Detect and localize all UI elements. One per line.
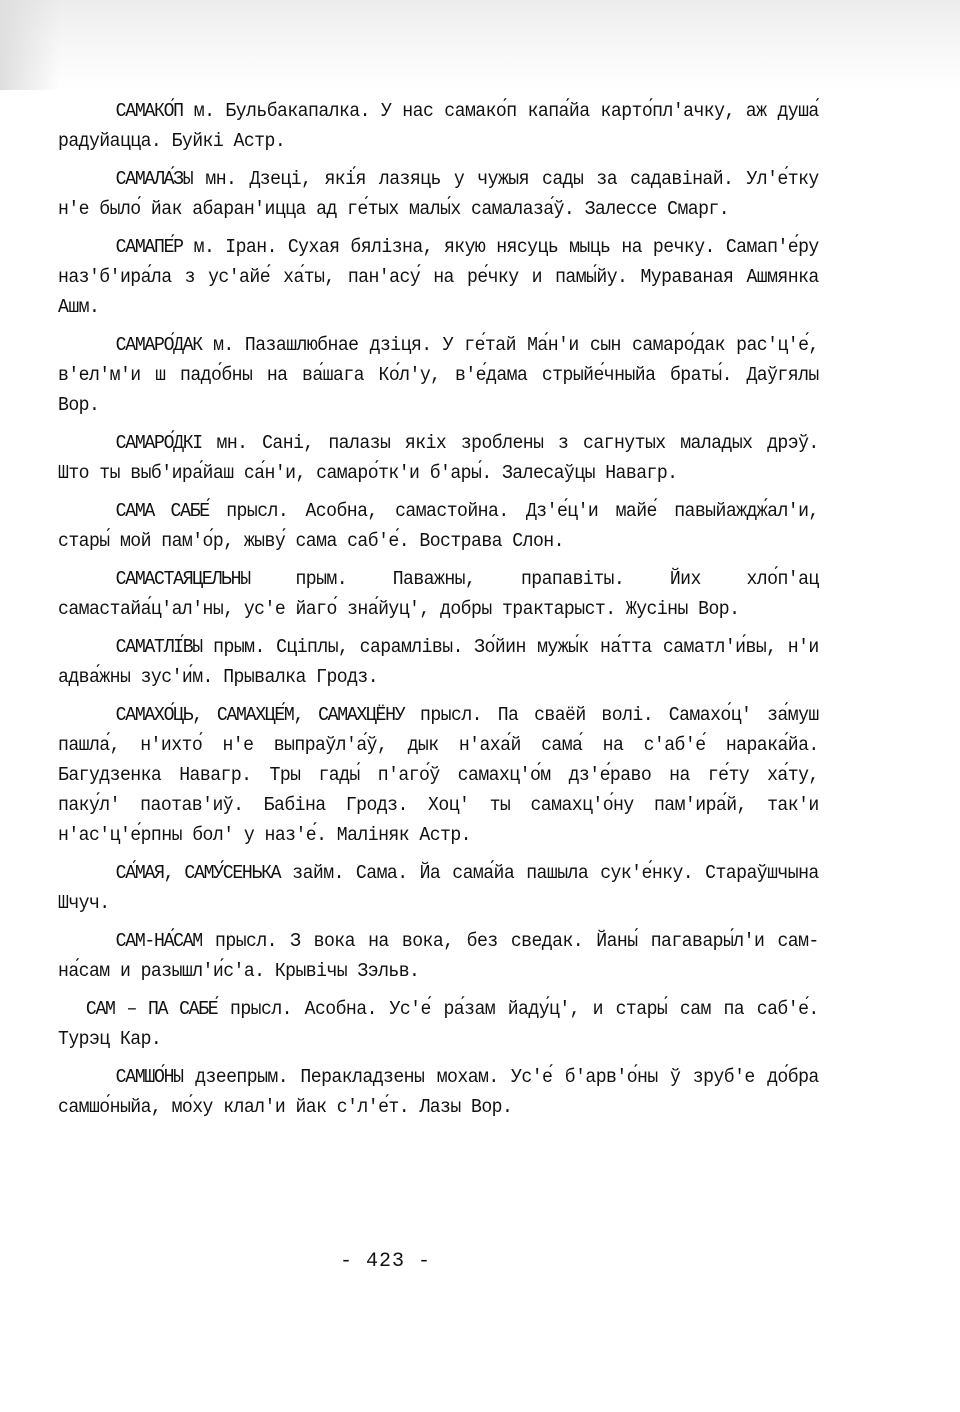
dictionary-entry: САМАРО́ДАК м. Пазашлюбнае дзіця. У ге́та… <box>58 330 819 420</box>
headword: САМАТЛІ́ВЫ <box>116 636 202 658</box>
dictionary-text: САМАКО́П м. Бульбакапалка. У нас самако́… <box>58 96 818 1130</box>
headword: САМА САБЕ́ <box>116 500 209 522</box>
headword: САМШО́НЫ <box>116 1066 183 1088</box>
headword: СА́МАЯ, САМУ́СЕНЬКА <box>116 862 281 884</box>
headword: САМАХО́ЦЬ, САМАХЦЕ́М, САМАХЦЁНУ <box>116 704 405 726</box>
dictionary-entry: САМШО́НЫ дзеепрым. Перакладзены мохам. У… <box>58 1062 819 1122</box>
dictionary-entry: САМАПЕ́Р м. Іран. Сухая бялізна, якую ня… <box>58 232 819 322</box>
dictionary-entry: САМАЛА́ЗЫ мн. Дзеці, які́я лазяць у чужы… <box>58 164 819 224</box>
dictionary-entry: САМ-НА́САМ прысл. З вока на вока, без св… <box>58 926 819 986</box>
headword: САМ-НА́САМ <box>116 930 202 952</box>
dictionary-entry: САМАРО́ДКІ мн. Сані, палазы якіх зроблен… <box>58 428 819 488</box>
headword: САМАРО́ДКІ <box>116 432 202 454</box>
headword: САМАЛА́ЗЫ <box>116 168 193 190</box>
headword: САМ – ПА САБЕ́ <box>86 998 217 1020</box>
dictionary-entry: САМАКО́П м. Бульбакапалка. У нас самако́… <box>58 96 819 156</box>
headword: САМАСТАЯЦЕЛЬНЫ <box>116 568 250 590</box>
dictionary-entry: СА́МАЯ, САМУ́СЕНЬКА займ. Сама. Йа сама́… <box>58 858 819 918</box>
dictionary-entry: САМАТЛІ́ВЫ прым. Сціплы, сарамлівы. Зо́й… <box>58 632 819 692</box>
headword: САМАРО́ДАК <box>116 334 202 356</box>
headword: САМАКО́П <box>116 100 183 122</box>
page-top-shading <box>0 0 960 90</box>
dictionary-entry: САМА САБЕ́ прысл. Асобна, самастойна. Дз… <box>58 496 819 556</box>
dictionary-entry: САМАХО́ЦЬ, САМАХЦЕ́М, САМАХЦЁНУ прысл. П… <box>58 700 819 850</box>
page-corner-shading <box>0 0 60 90</box>
headword: САМАПЕ́Р <box>116 236 183 258</box>
dictionary-entry: САМ – ПА САБЕ́ прысл. Асобна. Ус'е́ ра́з… <box>58 994 819 1054</box>
page-number: - 423 - <box>340 1250 431 1273</box>
dictionary-entry: САМАСТАЯЦЕЛЬНЫ прым. Паважны, прапавіты.… <box>58 564 819 624</box>
